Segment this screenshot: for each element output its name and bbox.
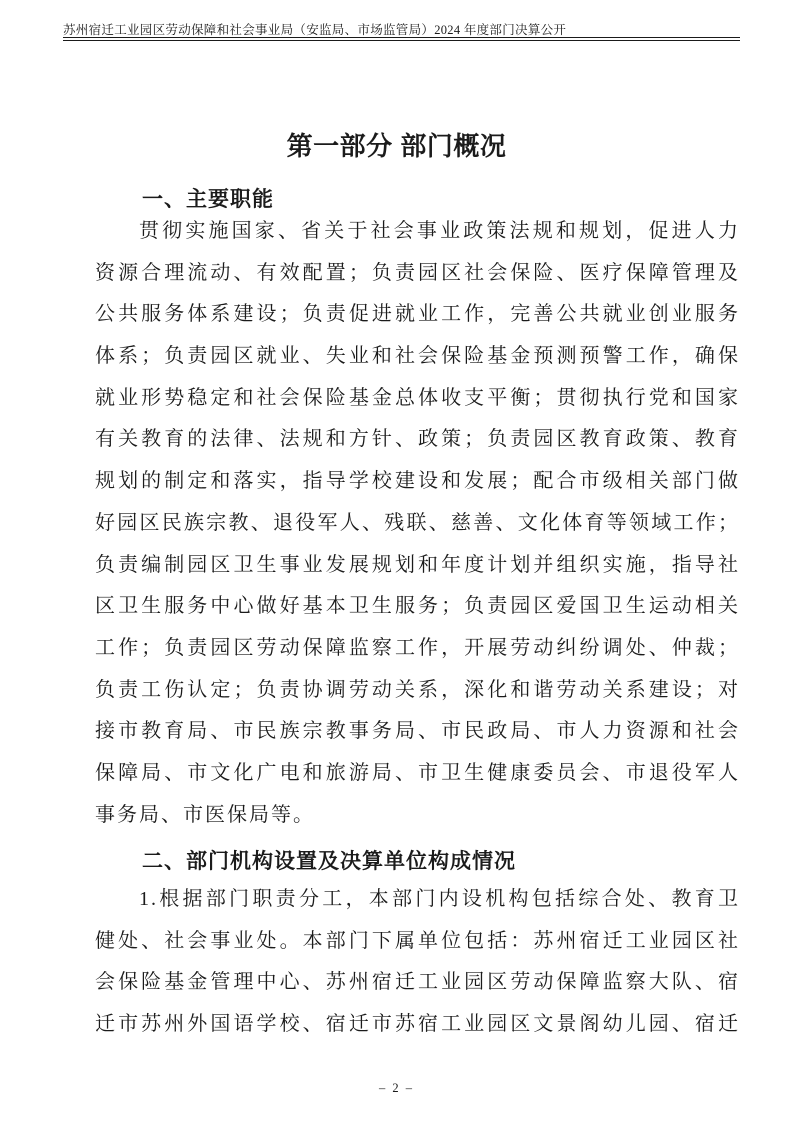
- paragraph-org-structure: 1.根据部门职责分工，本部门内设机构包括综合处、教育卫 健处、社会事业处。本部门…: [95, 879, 740, 1046]
- paragraph-line: 1.根据部门职责分工，本部门内设机构包括综合处、教育卫: [95, 879, 740, 921]
- paragraph-line: 负责工伤认定；负责协调劳动关系，深化和谐劳动关系建设；对: [95, 670, 740, 712]
- section-heading-main-duties: 一、主要职能: [95, 183, 740, 213]
- paragraph-line: 规划的制定和落实，指导学校建设和发展；配合市级相关部门做: [95, 461, 740, 503]
- paragraph-line: 健处、社会事业处。本部门下属单位包括：苏州宿迁工业园区社: [95, 921, 740, 963]
- paragraph-line: 保障局、市文化广电和旅游局、市卫生健康委员会、市退役军人: [95, 753, 740, 795]
- section-heading-org-structure: 二、部门机构设置及决算单位构成情况: [95, 845, 740, 875]
- header-divider-rule: [63, 37, 740, 41]
- paragraph-line: 就业形势稳定和社会保险基金总体收支平衡；贯彻执行党和国家: [95, 378, 740, 420]
- paragraph-line: 迁市苏州外国语学校、宿迁市苏宿工业园区文景阁幼儿园、宿迁: [95, 1004, 740, 1046]
- paragraph-line: 区卫生服务中心做好基本卫生服务；负责园区爱国卫生运动相关: [95, 586, 740, 628]
- paragraph-line: 负责编制园区卫生事业发展规划和年度计划并组织实施，指导社: [95, 545, 740, 587]
- paragraph-main-duties: 贯彻实施国家、省关于社会事业政策法规和规划，促进人力 资源合理流动、有效配置；负…: [95, 211, 740, 836]
- paragraph-line: 事务局、市医保局等。: [95, 795, 740, 837]
- paragraph-line: 接市教育局、市民族宗教事务局、市民政局、市人力资源和社会: [95, 711, 740, 753]
- paragraph-line: 体系；负责园区就业、失业和社会保险基金预测预警工作，确保: [95, 336, 740, 378]
- document-page: 苏州宿迁工业园区劳动保障和社会事业局（安监局、市场监管局）2024 年度部门决算…: [0, 0, 793, 1122]
- paragraph-line: 有关教育的法律、法规和方针、政策；负责园区教育政策、教育: [95, 419, 740, 461]
- page-number: – 2 –: [0, 1081, 793, 1096]
- paragraph-line: 好园区民族宗教、退役军人、残联、慈善、文化体育等领域工作；: [95, 503, 740, 545]
- paragraph-line: 资源合理流动、有效配置；负责园区社会保险、医疗保障管理及: [95, 253, 740, 295]
- paragraph-line: 会保险基金管理中心、苏州宿迁工业园区劳动保障监察大队、宿: [95, 962, 740, 1004]
- paragraph-line: 公共服务体系建设；负责促进就业工作，完善公共就业创业服务: [95, 294, 740, 336]
- document-title: 第一部分 部门概况: [0, 126, 793, 163]
- running-header: 苏州宿迁工业园区劳动保障和社会事业局（安监局、市场监管局）2024 年度部门决算…: [63, 20, 740, 38]
- paragraph-line: 工作；负责园区劳动保障监察工作，开展劳动纠纷调处、仲裁；: [95, 628, 740, 670]
- paragraph-line: 贯彻实施国家、省关于社会事业政策法规和规划，促进人力: [95, 211, 740, 253]
